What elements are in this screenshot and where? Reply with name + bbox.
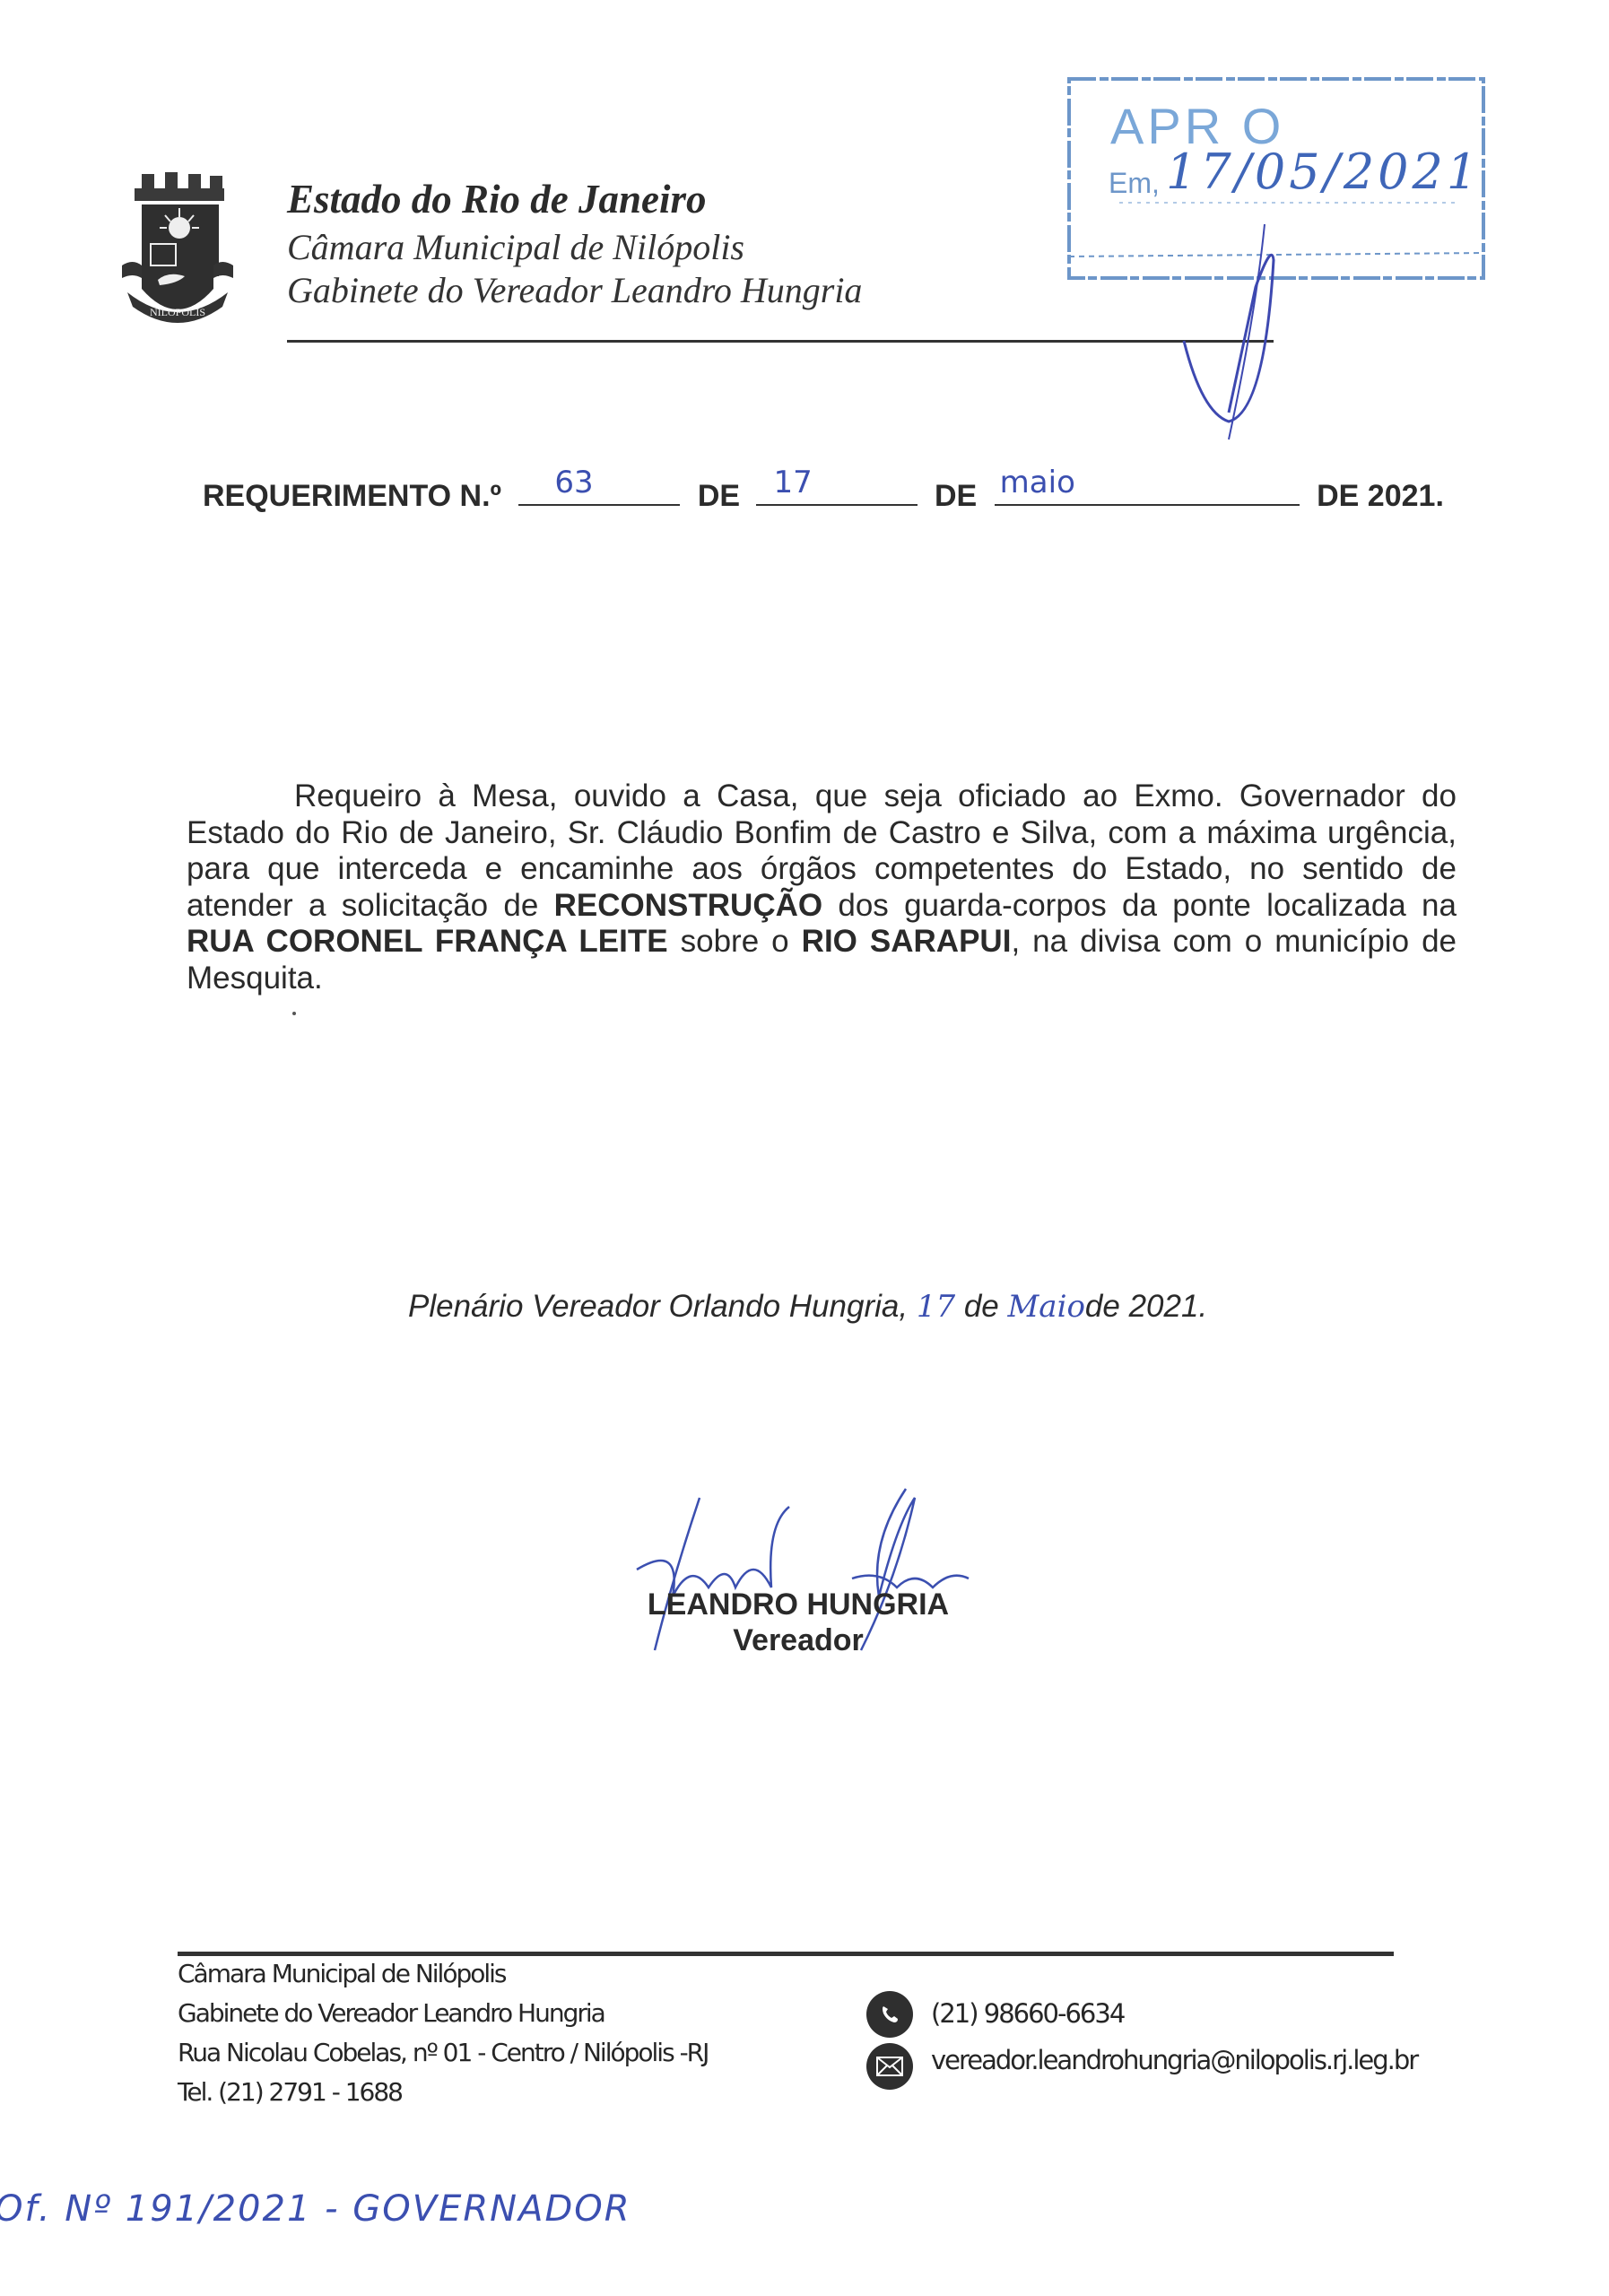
request-paragraph: Requeiro à Mesa, ouvido a Casa, que seja…: [187, 778, 1457, 996]
footer-phone: Tel. (21) 2791 - 1688: [178, 2077, 402, 2107]
footer-email[interactable]: vereador.leandrohungria@nilopolis.rj.leg…: [931, 2045, 1417, 2075]
footer-chamber: Câmara Municipal de Nilópolis: [178, 1959, 506, 1988]
body-bold-river: RIO SARAPUI: [802, 924, 1012, 959]
envelope-icon: [866, 2043, 913, 2090]
requerimento-number: 63: [554, 465, 593, 500]
closing-suffix: de 2021.: [1085, 1289, 1207, 1324]
requerimento-number-field: 63: [518, 474, 680, 506]
requerimento-de-1: DE: [698, 479, 740, 513]
closing-line: Plenário Vereador Orlando Hungria, 17 de…: [408, 1289, 1207, 1325]
closing-month: Maio: [1007, 1289, 1084, 1325]
header-title: Estado do Rio de Janeiro: [287, 176, 707, 222]
approval-checkmark-icon: [1166, 152, 1327, 448]
requerimento-line: REQUERIMENTO N.º 63 DE 17 DE maio DE 202…: [203, 474, 1458, 514]
requerimento-month: maio: [1000, 465, 1075, 500]
header-divider: [287, 340, 1274, 343]
requerimento-day: 17: [774, 465, 813, 500]
closing-day: 17: [917, 1289, 955, 1325]
footer-divider: [178, 1952, 1394, 1956]
body-bold-reconstrucao: RECONSTRUÇÃO: [554, 888, 822, 923]
footer-whatsapp: (21) 98660-6634: [931, 1998, 1124, 2029]
signatory-name: LEANDRO HUNGRIA: [628, 1587, 969, 1622]
requerimento-year: DE 2021.: [1317, 479, 1444, 513]
svg-text:NILOPOLIS: NILOPOLIS: [150, 306, 205, 318]
closing-de: de: [964, 1289, 999, 1324]
body-text-2: dos guarda-corpos da ponte localizada na: [822, 888, 1457, 923]
closing-prefix: Plenário Vereador Orlando Hungria,: [408, 1289, 908, 1324]
requerimento-label: REQUERIMENTO N.º: [203, 479, 501, 513]
footer-address: Rua Nicolau Cobelas, nº 01 - Centro / Ni…: [178, 2038, 708, 2067]
footer-office: Gabinete do Vereador Leandro Hungria: [178, 1998, 604, 2028]
whatsapp-icon: [866, 1991, 913, 2038]
signatory-role: Vereador: [628, 1623, 969, 1658]
requerimento-month-field: maio: [995, 474, 1300, 506]
requerimento-de-2: DE: [935, 479, 977, 513]
stray-dot: [292, 1012, 296, 1015]
requerimento-day-field: 17: [756, 474, 918, 506]
stamp-date-prefix: Em,: [1109, 167, 1160, 200]
body-bold-street: RUA CORONEL FRANÇA LEITE: [187, 924, 668, 959]
body-text-3: sobre o: [668, 924, 802, 959]
header-subtitle-office: Gabinete do Vereador Leandro Hungria: [287, 269, 862, 311]
handwritten-office-note: Of. Nº 191/2021 - GOVERNADOR: [0, 2188, 631, 2230]
header-subtitle-chamber: Câmara Municipal de Nilópolis: [287, 226, 744, 268]
municipal-crest-icon: NILOPOLIS: [115, 172, 240, 330]
